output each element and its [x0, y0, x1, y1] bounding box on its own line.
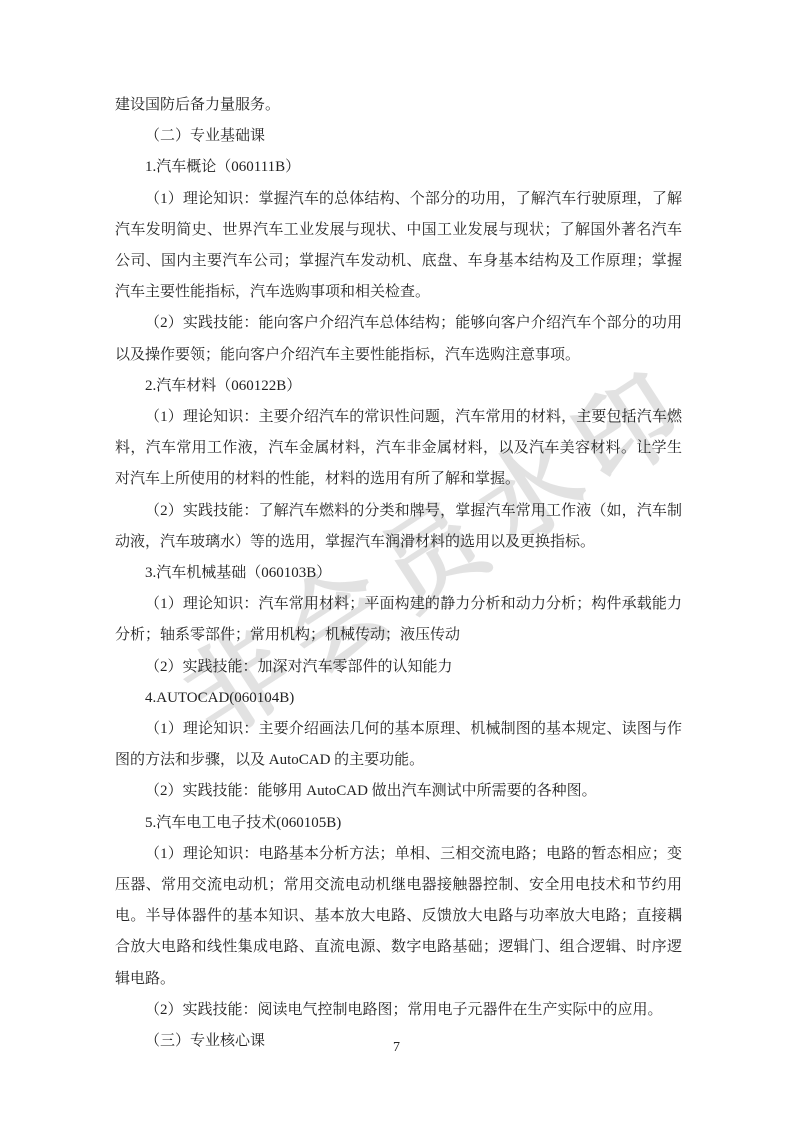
- para-continuation: 建设国防后备力量服务。: [115, 90, 682, 121]
- document-page: 非会员水印 建设国防后备力量服务。 （二）专业基础课 1.汽车概论（060111…: [0, 0, 793, 1122]
- document-content: 建设国防后备力量服务。 （二）专业基础课 1.汽车概论（060111B） （1）…: [115, 90, 682, 1057]
- course-1-title: 1.汽车概论（060111B）: [115, 152, 682, 183]
- course-3-theory: （1）理论知识：汽车常用材料；平面构建的静力分析和动力分析；构件承载能力分析；轴…: [115, 589, 682, 651]
- course-3-practice: （2）实践技能：加深对汽车零部件的认知能力: [115, 652, 682, 683]
- course-2-theory: （1）理论知识：主要介绍汽车的常识性问题，汽车常用的材料，主要包括汽车燃料，汽车…: [115, 402, 682, 496]
- course-5-practice: （2）实践技能：阅读电气控制电路图；常用电子元器件在生产实际中的应用。: [115, 995, 682, 1026]
- course-2-title: 2.汽车材料（060122B）: [115, 371, 682, 402]
- course-4-theory: （1）理论知识：主要介绍画法几何的基本原理、机械制图的基本规定、读图与作图的方法…: [115, 714, 682, 776]
- page-number: 7: [0, 1038, 793, 1058]
- course-1-theory: （1）理论知识：掌握汽车的总体结构、个部分的功用，了解汽车行驶原理，了解汽车发明…: [115, 184, 682, 309]
- course-2-practice: （2）实践技能：了解汽车燃料的分类和牌号，掌握汽车常用工作液（如，汽车制动液，汽…: [115, 496, 682, 558]
- course-1-practice: （2）实践技能：能向客户介绍汽车总体结构；能够向客户介绍汽车个部分的功用以及操作…: [115, 308, 682, 370]
- course-3-title: 3.汽车机械基础（060103B）: [115, 558, 682, 589]
- course-4-title: 4.AUTOCAD(060104B): [115, 683, 682, 714]
- course-4-practice: （2）实践技能：能够用 AutoCAD 做出汽车测试中所需要的各种图。: [115, 776, 682, 807]
- heading-professional-basic-courses: （二）专业基础课: [115, 121, 682, 152]
- course-5-theory: （1）理论知识：电路基本分析方法；单相、三相交流电路；电路的暂态相应；变压器、常…: [115, 839, 682, 995]
- course-5-title: 5.汽车电工电子技术(060105B): [115, 808, 682, 839]
